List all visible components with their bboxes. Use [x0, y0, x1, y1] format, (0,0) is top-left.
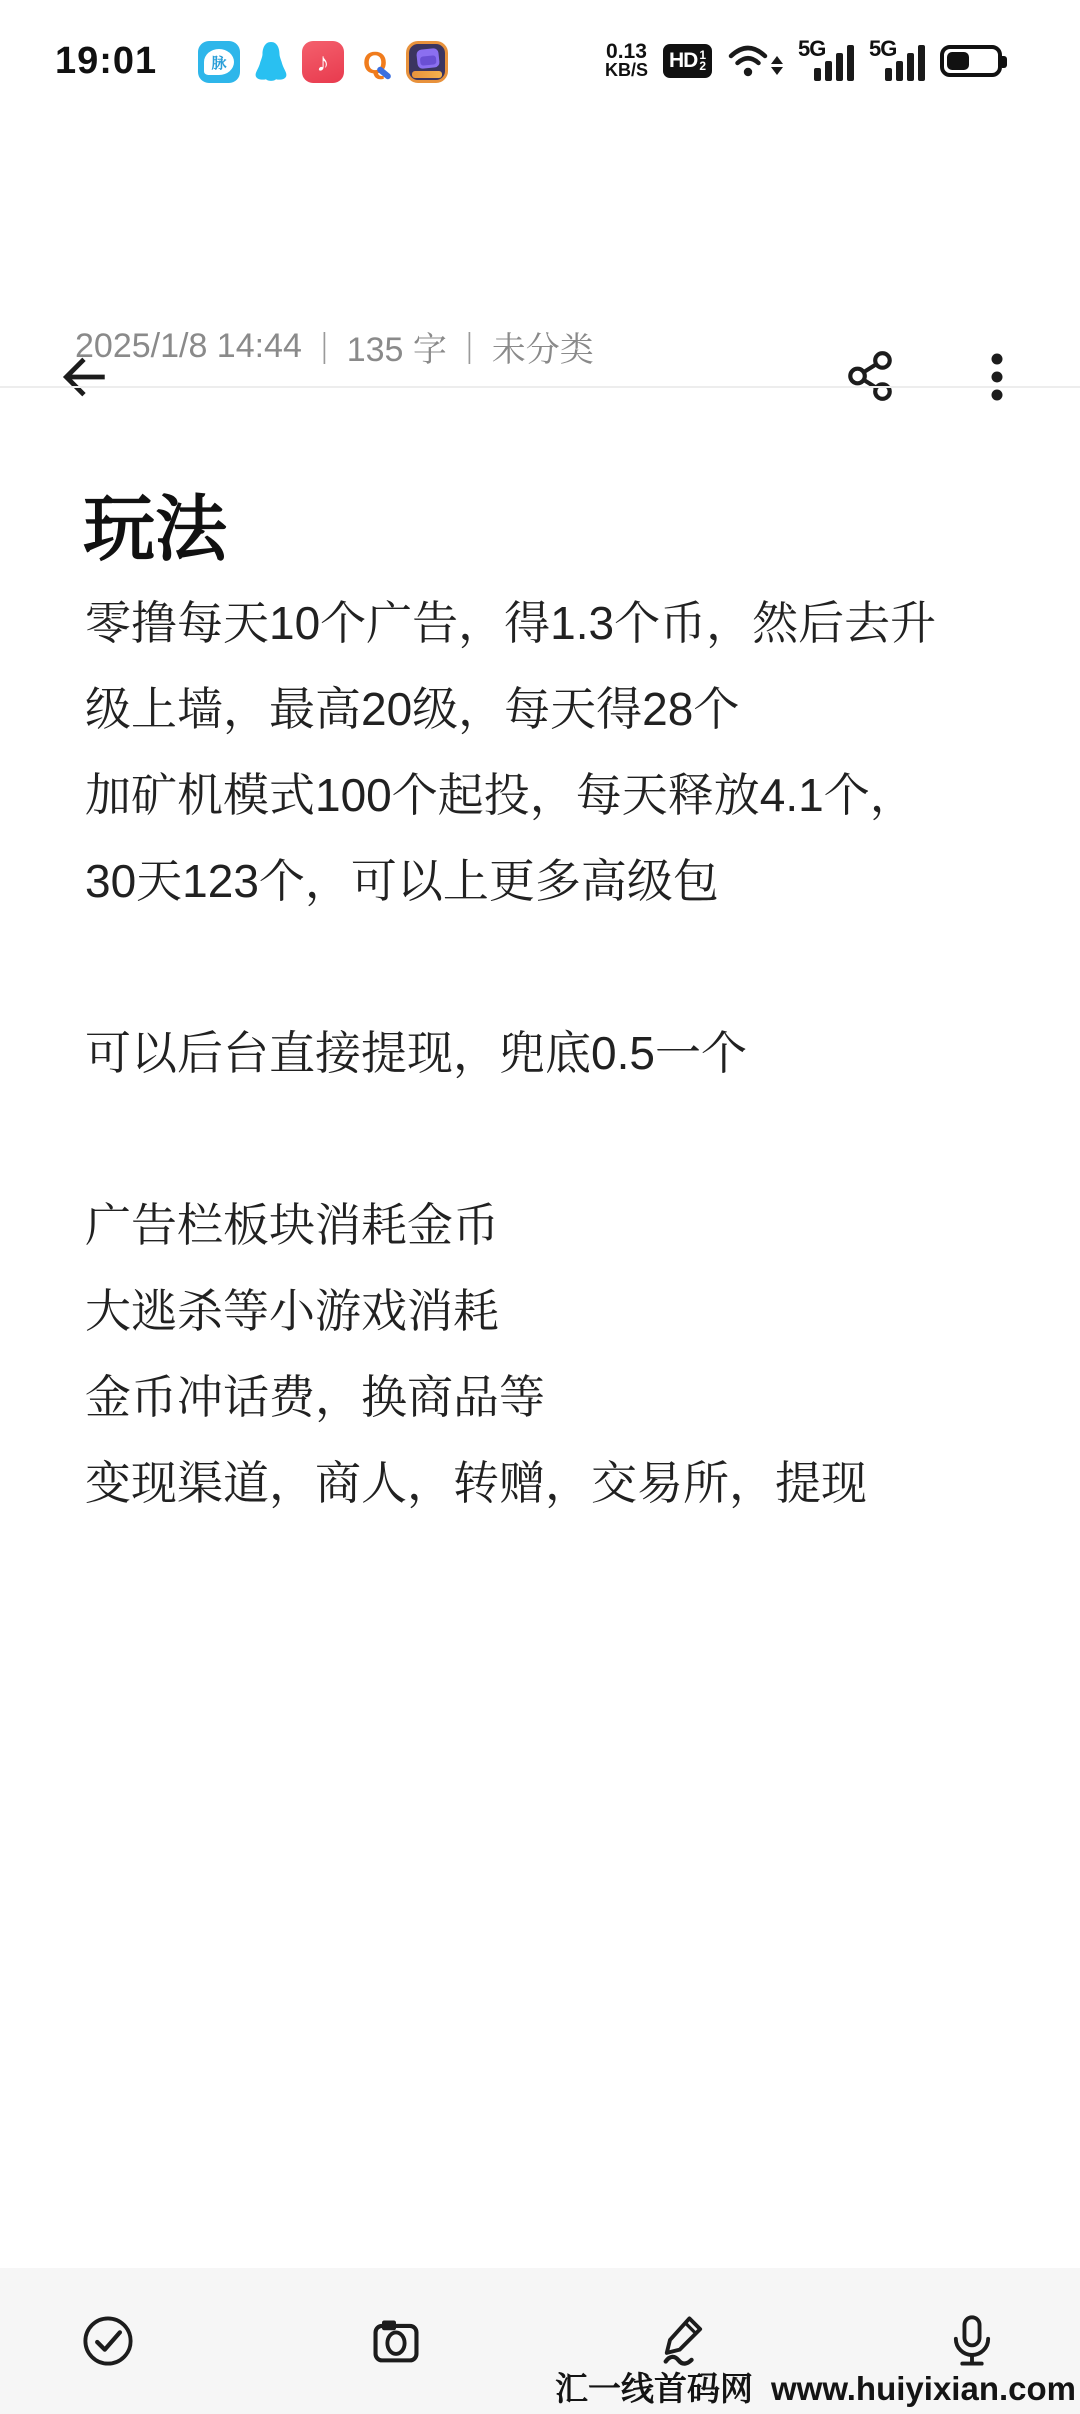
meta-separator: | — [467, 327, 472, 366]
note-line: 零撸每天10个广告，得1.3个币，然后去升 — [85, 580, 1050, 666]
network-speed: 0.13 KB/S — [605, 42, 648, 80]
note-title: 玩法 — [83, 480, 227, 580]
meta-separator: | — [322, 327, 327, 366]
site-watermark: 汇一线首码网www.huiyixian.com — [555, 2363, 1076, 2410]
signature-pen-button[interactable] — [656, 2313, 712, 2369]
traffic-arrows-icon — [771, 56, 783, 75]
q-letter-app-icon: Q — [354, 41, 396, 83]
notification-icons: 脉 ♪ Q — [198, 41, 448, 83]
note-line: 大逃杀等小游戏消耗 — [85, 1268, 1050, 1354]
watermark-url: www.huiyixian.com — [771, 2370, 1076, 2407]
hd-volte-badge: HD 1 2 — [663, 44, 712, 78]
clock-text: 19:01 — [55, 40, 157, 83]
note-header — [0, 160, 1080, 280]
cube-game-app-icon — [406, 41, 448, 83]
more-options-button[interactable] — [984, 351, 1010, 403]
microphone-button[interactable] — [944, 2313, 1000, 2369]
note-word-count: 135 字 — [347, 322, 447, 371]
note-line-blank — [85, 1096, 1050, 1182]
share-button[interactable] — [843, 349, 897, 403]
note-line: 可以后台直接提现，兜底0.5一个 — [85, 1010, 1050, 1096]
note-datetime: 2025/1/8 14:44 — [75, 327, 302, 366]
sim1-signal-icon: 5G — [798, 39, 854, 83]
notes-app-screen: 19:01 脉 ♪ Q 0.13 — [0, 0, 1080, 2414]
wifi-icon — [727, 43, 783, 79]
note-meta-row: 2025/1/8 14:44 | 135 字 | 未分类 — [75, 322, 594, 371]
note-line: 加矿机模式100个起投，每天释放4.1个， — [85, 752, 1050, 838]
note-line-blank — [85, 924, 1050, 1010]
music-note-app-icon: ♪ — [302, 41, 344, 83]
battery-icon — [940, 45, 1002, 77]
penguin-app-icon — [250, 41, 292, 83]
todo-check-button[interactable] — [80, 2313, 136, 2369]
watermark-site-name: 汇一线首码网 — [555, 2370, 753, 2407]
note-line: 级上墙，最高20级，每天得28个 — [85, 666, 1050, 752]
note-body-text[interactable]: 零撸每天10个广告，得1.3个币，然后去升 级上墙，最高20级，每天得28个 加… — [85, 580, 1050, 1526]
camera-button[interactable] — [368, 2313, 424, 2369]
note-category[interactable]: 未分类 — [492, 322, 594, 371]
status-bar: 19:01 脉 ♪ Q 0.13 — [0, 0, 1080, 95]
chat-bubble-app-icon: 脉 — [198, 41, 240, 83]
meta-divider-line — [0, 386, 1080, 388]
note-line: 变现渠道，商人，转赠，交易所，提现 — [85, 1440, 1050, 1526]
sim2-signal-icon: 5G — [869, 39, 925, 83]
note-line: 广告栏板块消耗金币 — [85, 1182, 1050, 1268]
note-line: 30天123个，可以上更多高级包 — [85, 838, 1050, 924]
status-indicators: 0.13 KB/S HD 1 2 — [605, 38, 1008, 84]
note-line: 金币冲话费，换商品等 — [85, 1354, 1050, 1440]
